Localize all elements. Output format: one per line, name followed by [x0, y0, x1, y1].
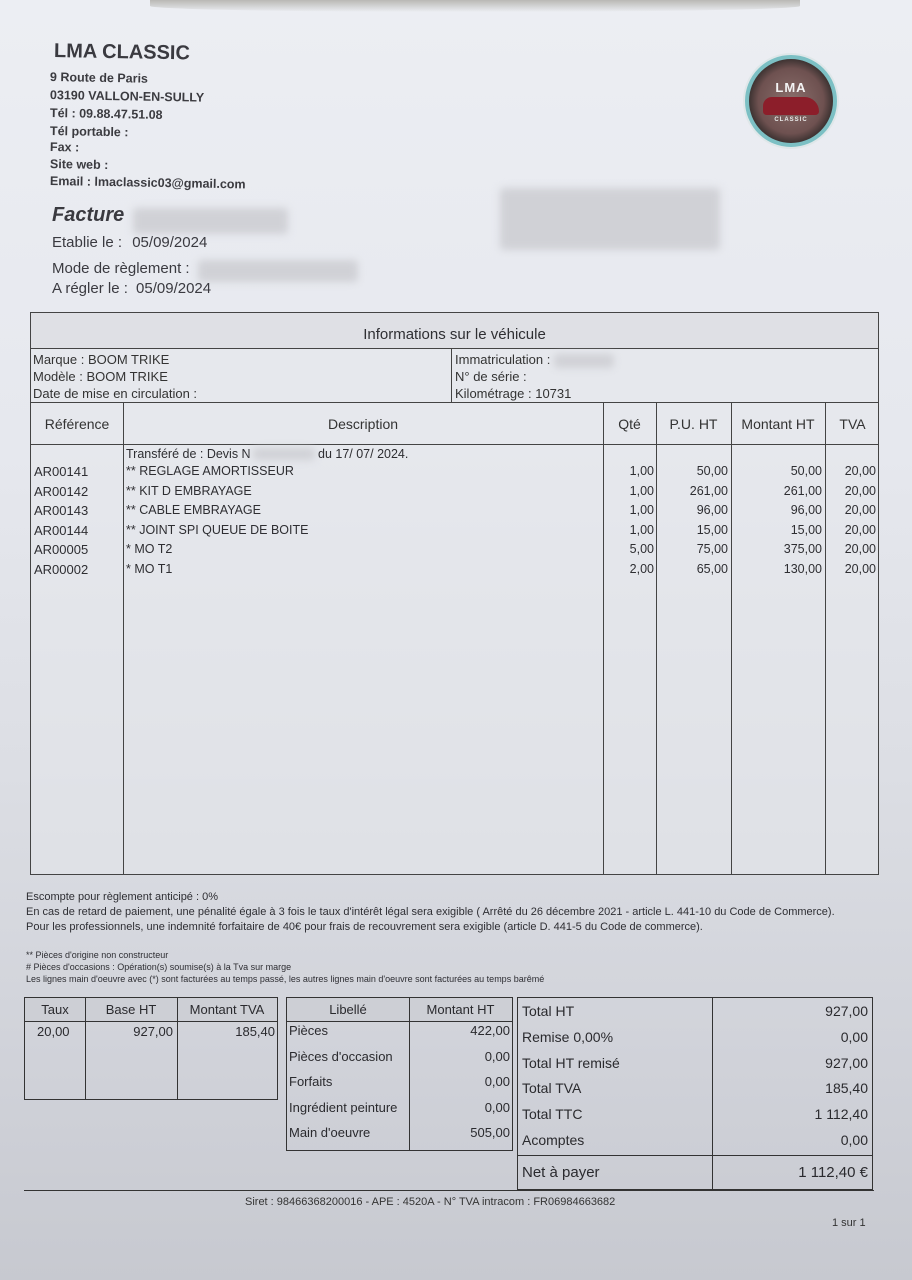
breakdown-label: Forfaits — [289, 1074, 332, 1089]
redacted-invoice-number — [133, 208, 288, 234]
net-to-pay-row: Net à payer 1 112,40 € — [518, 1158, 872, 1188]
totals-row: Total HT remisé927,00 — [518, 1050, 872, 1076]
issued-date-row: Etablie le : 05/09/2024 — [52, 234, 207, 251]
company-logo: LMA CLASSIC — [745, 55, 837, 147]
brand-label: Marque : — [33, 352, 84, 367]
breakdown-label: Main d'oeuvre — [289, 1125, 370, 1140]
note-legend-1: ** Pièces d'origine non constructeur — [26, 950, 168, 960]
brand-value: BOOM TRIKE — [88, 352, 169, 367]
totals-row: Acomptes0,00 — [518, 1127, 872, 1153]
col-amount: Montant HT — [731, 403, 825, 445]
registration-label: Immatriculation : — [455, 352, 550, 367]
breakdown-row: Ingrédient peinture0,00 — [287, 1100, 512, 1120]
table-row: AR00141** REGLAGE AMORTISSEUR1,0050,0050… — [31, 464, 878, 484]
payment-mode-label: Mode de règlement : — [52, 260, 190, 277]
company-address-2: 03190 VALLON-EN-SULLY — [50, 88, 204, 105]
invoice-title: Facture — [52, 204, 124, 227]
breakdown-row: Pièces422,00 — [287, 1023, 512, 1043]
breakdown-label: Pièces d'occasion — [289, 1049, 393, 1064]
line-quantity: 1,00 — [605, 503, 654, 517]
breakdown-header: Libellé Montant HT — [287, 998, 512, 1022]
net-to-pay-value: 1 112,40 € — [798, 1158, 868, 1188]
footer-divider — [24, 1190, 874, 1191]
vehicle-info-header: Informations sur le véhicule — [31, 313, 878, 349]
classic-car-icon — [763, 97, 819, 115]
line-amount: 130,00 — [733, 562, 822, 576]
totals-value: 927,00 — [825, 998, 868, 1024]
invoice-lines-table: Informations sur le véhicule Marque : BO… — [30, 312, 879, 875]
totals-value: 0,00 — [841, 1127, 868, 1153]
col-label: Libellé — [287, 1002, 409, 1017]
line-unit-price: 50,00 — [658, 464, 728, 478]
table-row: AR00002* MO T12,0065,00130,0020,00 — [31, 562, 878, 582]
line-quantity: 1,00 — [605, 464, 654, 478]
issued-date: 05/09/2024 — [132, 234, 207, 251]
totals-row: Remise 0,00%0,00 — [518, 1024, 872, 1050]
company-name: LMA CLASSIC — [54, 40, 190, 65]
breakdown-label: Ingrédient peinture — [289, 1100, 397, 1115]
note-legend-2: # Pièces d'occasions : Opération(s) soum… — [26, 962, 291, 972]
breakdown-amount: 0,00 — [411, 1049, 510, 1064]
line-quantity: 1,00 — [605, 523, 654, 537]
col-divider — [177, 998, 178, 1099]
redacted-payment-mode — [198, 260, 358, 282]
redacted-registration — [554, 354, 614, 368]
company-phone: Tél : 09.88.47.51.08 — [50, 106, 163, 122]
mileage-value: 10731 — [535, 386, 571, 401]
totals-value: 185,40 — [825, 1075, 868, 1101]
company-address-1: 9 Route de Paris — [50, 70, 148, 86]
note-legend-3: Les lignes main d'oeuvre avec (*) sont f… — [26, 974, 544, 984]
due-date: 05/09/2024 — [136, 280, 211, 297]
line-description: * MO T1 — [126, 562, 596, 576]
line-vat: 20,00 — [827, 523, 876, 537]
logo-text: LMA — [775, 80, 806, 95]
totals-row: Total TVA185,40 — [518, 1075, 872, 1101]
line-reference: AR00141 — [34, 464, 122, 479]
line-reference: AR00005 — [34, 542, 122, 557]
totals-value: 1 112,40 — [815, 1101, 868, 1127]
breakdown-row: Main d'oeuvre505,00 — [287, 1125, 512, 1145]
table-row: AR00005* MO T25,0075,00375,0020,00 — [31, 542, 878, 562]
col-description: Description — [123, 403, 603, 445]
mileage-label: Kilométrage : — [455, 386, 532, 401]
totals-label: Total HT — [522, 998, 574, 1024]
totals-label: Total HT remisé — [522, 1050, 620, 1076]
col-amount-ht: Montant HT — [409, 1002, 512, 1017]
due-label: A régler le : — [52, 280, 128, 297]
company-mobile: Tél portable : — [50, 124, 129, 139]
transfer-note-suffix: du 17/ 07/ 2024. — [318, 447, 408, 461]
line-unit-price: 75,00 — [658, 542, 728, 556]
vat-summary-row: 20,00 927,00 185,40 — [25, 1024, 277, 1044]
line-description: ** KIT D EMBRAYAGE — [126, 484, 596, 498]
breakdown-amount: 505,00 — [411, 1125, 510, 1140]
col-quantity: Qté — [603, 403, 656, 445]
breakdown-amount: 0,00 — [411, 1100, 510, 1115]
line-description: ** REGLAGE AMORTISSEUR — [126, 464, 596, 478]
line-unit-price: 65,00 — [658, 562, 728, 576]
table-row: AR00143** CABLE EMBRAYAGE1,0096,0096,002… — [31, 503, 878, 523]
line-vat: 20,00 — [827, 484, 876, 498]
line-quantity: 2,00 — [605, 562, 654, 576]
first-registration-label: Date de mise en circulation : — [33, 386, 197, 401]
breakdown-amount: 422,00 — [411, 1023, 510, 1038]
serial-label: N° de série : — [455, 369, 527, 384]
breakdown-amount: 0,00 — [411, 1074, 510, 1089]
line-unit-price: 96,00 — [658, 503, 728, 517]
breakdown-row: Pièces d'occasion0,00 — [287, 1049, 512, 1069]
line-quantity: 5,00 — [605, 542, 654, 556]
totals-row: Total HT927,00 — [518, 998, 872, 1024]
vat-amount: 185,40 — [179, 1024, 275, 1039]
redacted-quote-number — [253, 448, 315, 460]
page-number: 1 sur 1 — [832, 1217, 866, 1229]
totals-table: Total HT927,00Remise 0,00%0,00Total HT r… — [517, 997, 873, 1190]
col-reference: Référence — [31, 403, 123, 445]
due-date-row: A régler le : 05/09/2024 — [52, 280, 211, 297]
model-label: Modèle : — [33, 369, 83, 384]
logo-subtext: CLASSIC — [774, 117, 807, 123]
paper-edge-shadow — [150, 0, 800, 12]
line-reference: AR00002 — [34, 562, 122, 577]
line-amount: 50,00 — [733, 464, 822, 478]
line-description: * MO T2 — [126, 542, 596, 556]
line-vat: 20,00 — [827, 542, 876, 556]
table-row: AR00144** JOINT SPI QUEUE DE BOITE1,0015… — [31, 523, 878, 543]
company-fax: Fax : — [50, 140, 79, 155]
totals-value: 927,00 — [825, 1050, 868, 1076]
col-base: Base HT — [85, 1002, 177, 1017]
net-divider — [518, 1155, 872, 1156]
vat-base: 927,00 — [87, 1024, 173, 1039]
totals-label: Remise 0,00% — [522, 1024, 613, 1050]
totals-label: Total TVA — [522, 1075, 581, 1101]
col-rate: Taux — [25, 1002, 85, 1017]
footer-legal: Siret : 98466368200016 - APE : 4520A - N… — [245, 1196, 615, 1208]
line-reference: AR00144 — [34, 523, 122, 538]
redacted-customer-address — [500, 188, 720, 250]
issued-label: Etablie le : — [52, 234, 122, 251]
line-amount: 15,00 — [733, 523, 822, 537]
line-reference: AR00142 — [34, 484, 122, 499]
line-amount: 96,00 — [733, 503, 822, 517]
line-amount: 261,00 — [733, 484, 822, 498]
line-reference: AR00143 — [34, 503, 122, 518]
company-website: Site web : — [50, 157, 109, 172]
transfer-note-prefix: Transféré de : Devis N — [126, 447, 251, 461]
line-unit-price: 261,00 — [658, 484, 728, 498]
line-description: ** JOINT SPI QUEUE DE BOITE — [126, 523, 596, 537]
totals-label: Acomptes — [522, 1127, 584, 1153]
breakdown-label: Pièces — [289, 1023, 328, 1038]
line-vat: 20,00 — [827, 464, 876, 478]
line-vat: 20,00 — [827, 503, 876, 517]
line-unit-price: 15,00 — [658, 523, 728, 537]
lines-header: Référence Description Qté P.U. HT Montan… — [31, 403, 878, 445]
note-discount: Escompte pour règlement anticipé : 0% — [26, 891, 218, 903]
model-value: BOOM TRIKE — [87, 369, 168, 384]
col-vat: TVA — [825, 403, 880, 445]
note-late-penalty: En cas de retard de paiement, une pénali… — [26, 906, 835, 918]
breakdown-row: Forfaits0,00 — [287, 1074, 512, 1094]
net-to-pay-label: Net à payer — [522, 1158, 600, 1188]
totals-row: Total TTC1 112,40 — [518, 1101, 872, 1127]
line-quantity: 1,00 — [605, 484, 654, 498]
totals-label: Total TTC — [522, 1101, 582, 1127]
totals-value: 0,00 — [841, 1024, 868, 1050]
col-vat-amount: Montant TVA — [177, 1002, 277, 1017]
table-row: AR00142** KIT D EMBRAYAGE1,00261,00261,0… — [31, 484, 878, 504]
vat-rate: 20,00 — [37, 1024, 70, 1039]
line-vat: 20,00 — [827, 562, 876, 576]
note-recovery-fee: Pour les professionnels, une indemnité f… — [26, 921, 703, 933]
transfer-note: Transféré de : Devis N du 17/ 07/ 2024. — [31, 445, 878, 465]
col-unit-price: P.U. HT — [656, 403, 731, 445]
vehicle-info: Marque : BOOM TRIKE Modèle : BOOM TRIKE … — [31, 349, 878, 403]
company-email: Email : lmaclassic03@gmail.com — [50, 174, 246, 191]
line-amount: 375,00 — [733, 542, 822, 556]
line-description: ** CABLE EMBRAYAGE — [126, 503, 596, 517]
col-divider — [85, 998, 86, 1099]
vat-summary-table: Taux Base HT Montant TVA 20,00 927,00 18… — [24, 997, 278, 1100]
breakdown-table: Libellé Montant HT Pièces422,00Pièces d'… — [286, 997, 513, 1151]
vat-summary-header: Taux Base HT Montant TVA — [25, 998, 277, 1022]
